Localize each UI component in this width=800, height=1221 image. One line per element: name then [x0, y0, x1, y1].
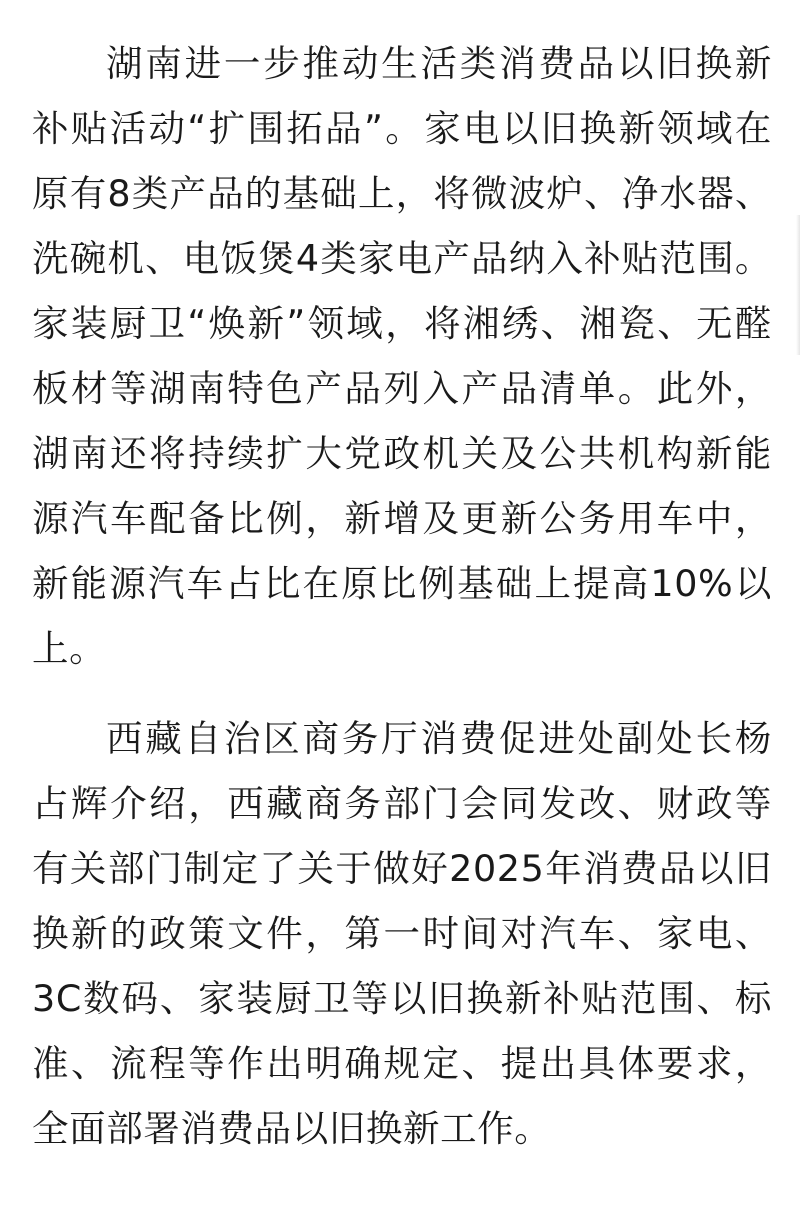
paragraph-tibet: 西藏自治区商务厅消费促进处副处长杨占辉介绍，西藏商务部门会同发改、财政等有关部门… [32, 706, 772, 1161]
scroll-edge-shadow [796, 215, 800, 355]
paragraph-hunan: 湖南进一步推动生活类消费品以旧换新补贴活动“扩围拓品”。家电以旧换新领域在原有8… [32, 31, 772, 681]
article-page: 湖南进一步推动生活类消费品以旧换新补贴活动“扩围拓品”。家电以旧换新领域在原有8… [0, 0, 800, 1221]
